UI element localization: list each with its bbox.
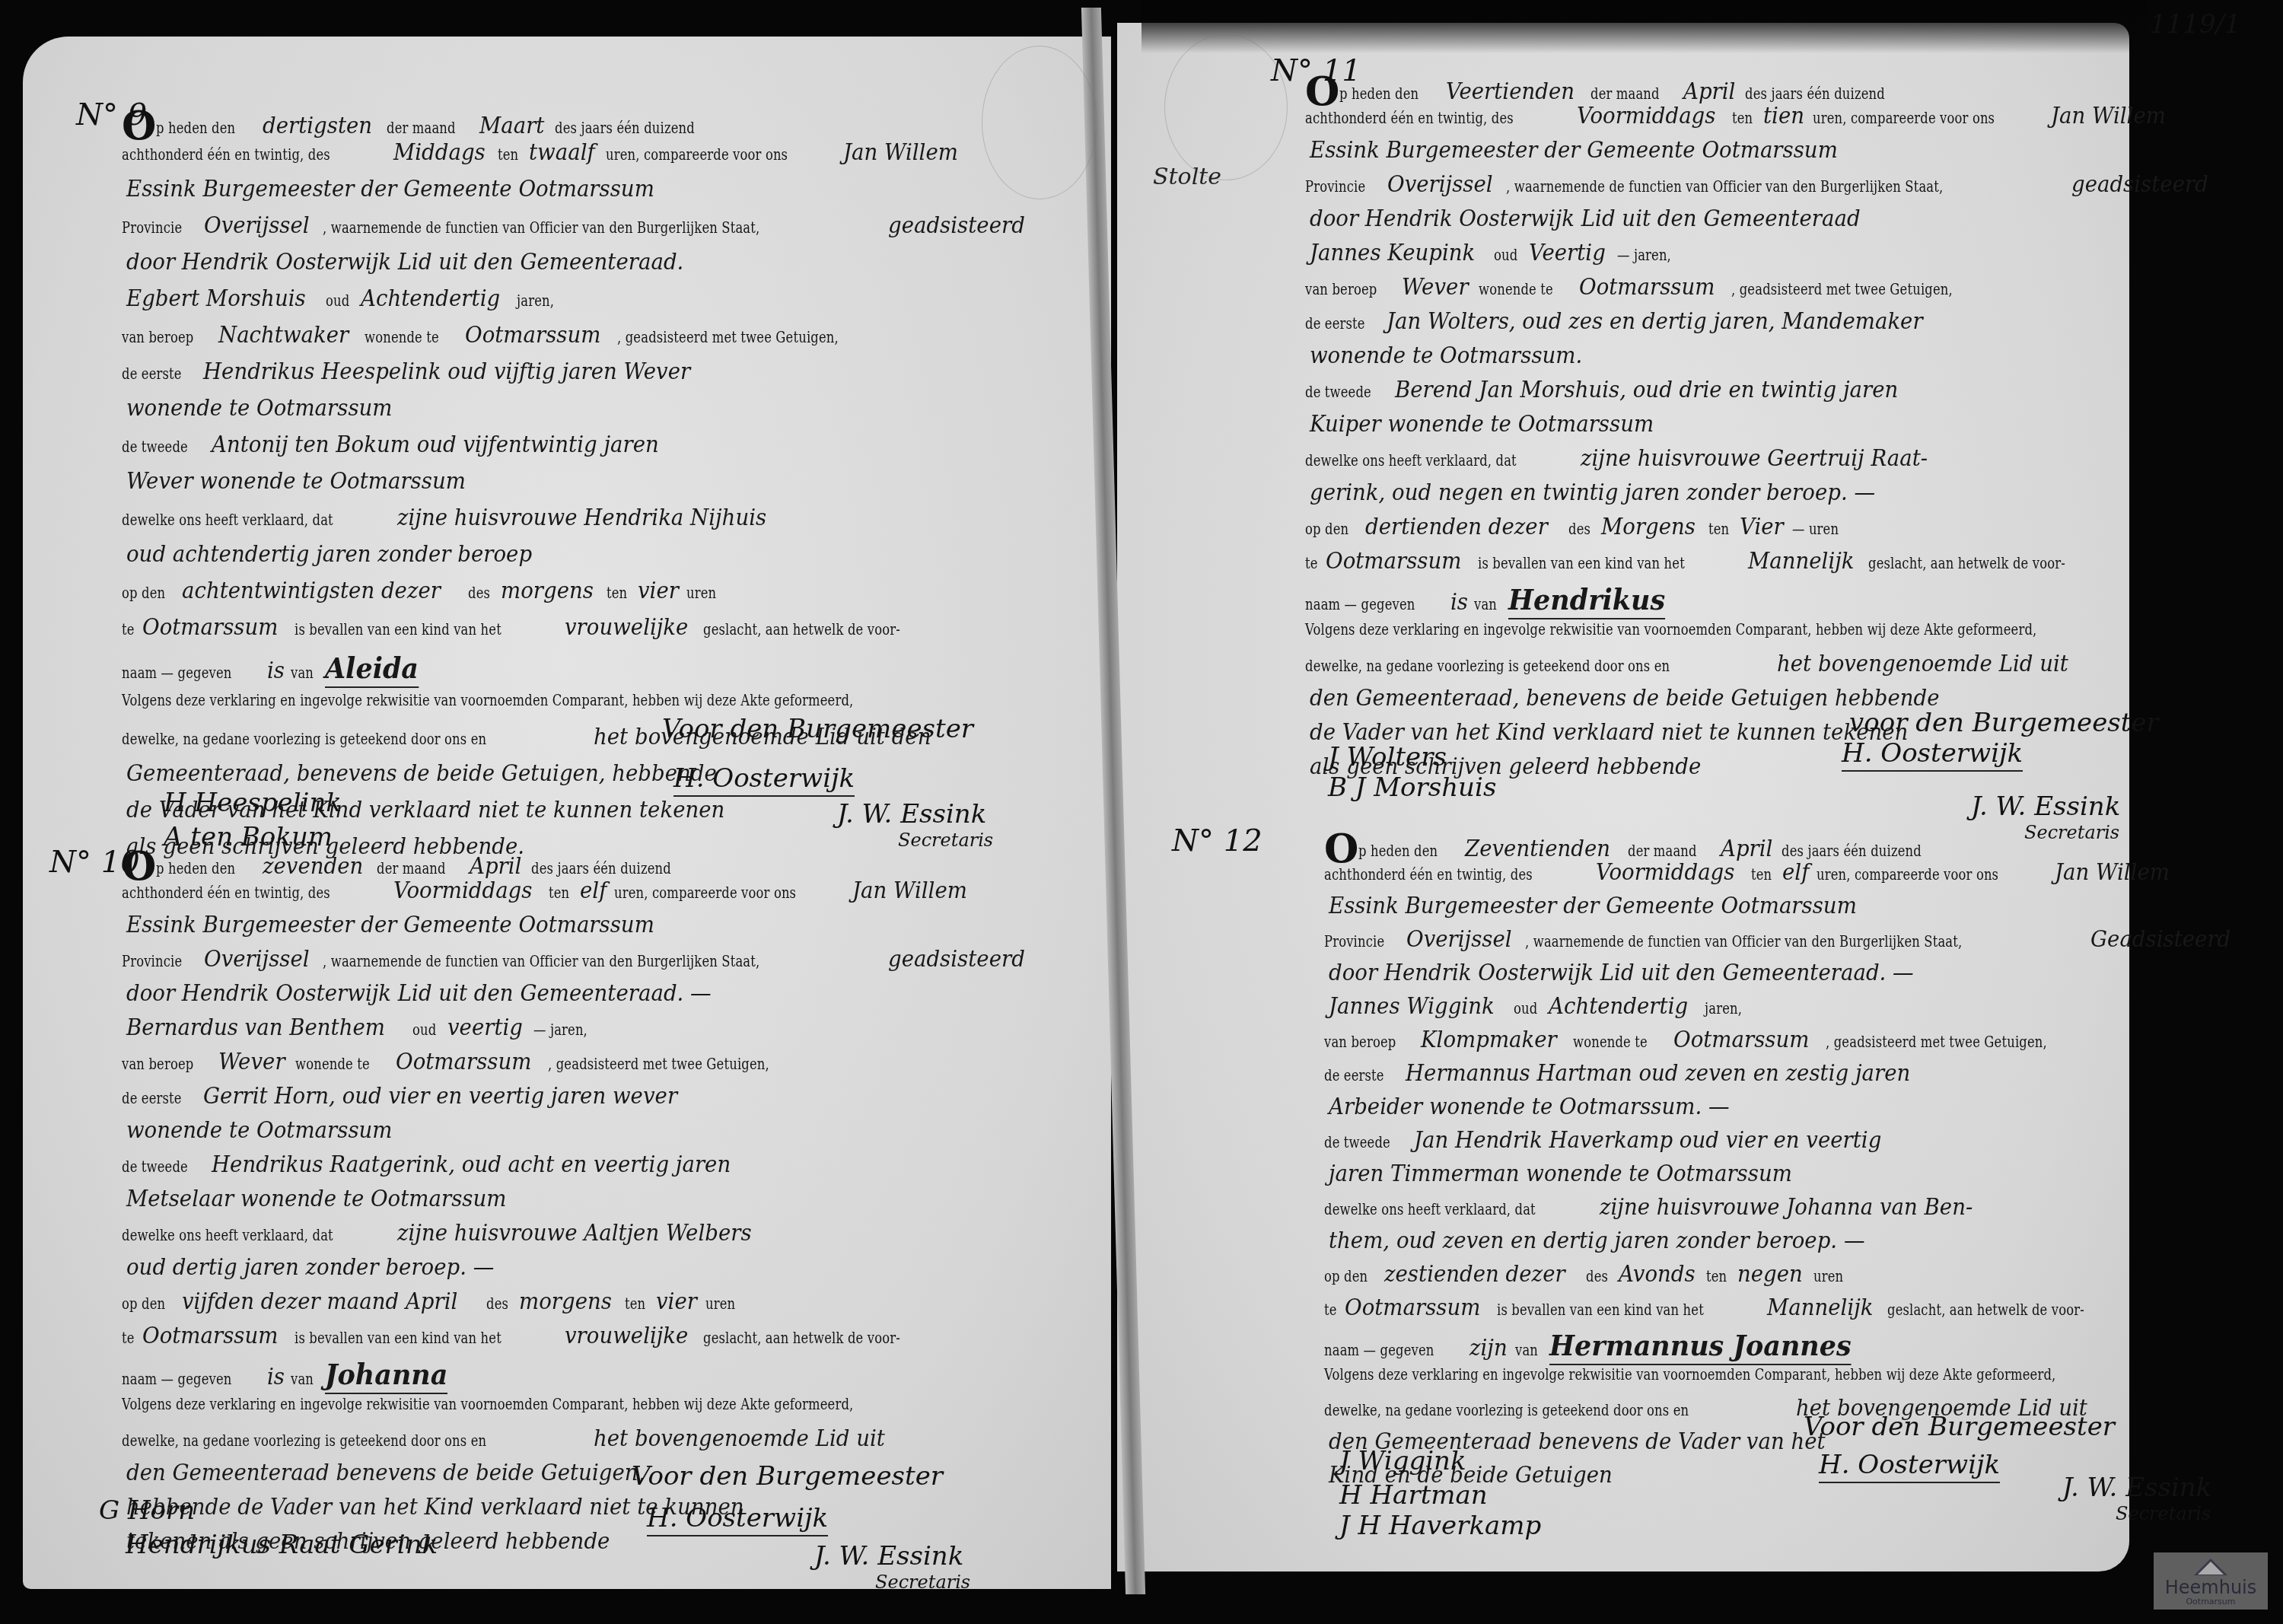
handwritten-text: Mannelijk bbox=[1767, 1294, 1874, 1321]
record-line: Jannes KeupinkoudVeertig— jaren, bbox=[1305, 240, 1686, 266]
handwritten-text: zijne huisvrouwe Aaltjen Welbers bbox=[397, 1220, 752, 1247]
printed-text: is bevallen van een kind van het bbox=[295, 620, 501, 638]
printed-text: op den bbox=[1305, 520, 1348, 538]
handwritten-text: zijne huisvrouwe Geertruij Raat- bbox=[1581, 445, 1928, 472]
record-line: them, oud zeven en dertig jaren zonder b… bbox=[1324, 1228, 1916, 1254]
scanned-register-spread: 1119/1 Stolte N° 9Op heden dendertigsten… bbox=[0, 0, 2283, 1624]
handwritten-text: Hendrikus Heespelink oud vijftig jaren W… bbox=[203, 358, 690, 385]
record-line: achthonderd één en twintig, desVoormidda… bbox=[1324, 859, 2184, 886]
handwritten-text: Ootmarssum bbox=[142, 1323, 278, 1349]
printed-text: geslacht, aan hetwelk de voor- bbox=[703, 1329, 900, 1347]
secretary-title: Secretaris bbox=[875, 1571, 970, 1593]
handwritten-text: Kuiper wonende te Ootmarssum bbox=[1310, 411, 1654, 438]
handwritten-text: achtentwintigsten dezer bbox=[182, 578, 441, 604]
printed-text: is bevallen van een kind van het bbox=[295, 1329, 501, 1347]
printed-text: — jaren, bbox=[533, 1021, 587, 1039]
printed-text: achthonderd één en twintig, des bbox=[1305, 109, 1514, 127]
record-line: dewelke, na gedane voorlezing is geteeke… bbox=[122, 1425, 915, 1452]
handwritten-text: wonende te Ootmarssum bbox=[126, 395, 393, 422]
record-line: dewelke ons heeft verklaard, datzijne hu… bbox=[122, 1220, 787, 1247]
handwritten-text: Aleida bbox=[325, 651, 419, 688]
printed-text: oud bbox=[326, 291, 349, 310]
margin-note: Stolte bbox=[1153, 164, 1221, 190]
record-line: teOotmarssumis bevallen van een kind van… bbox=[1305, 548, 2120, 575]
record-line: door Hendrik Oosterwijk Lid uit den Geme… bbox=[1305, 205, 1913, 232]
handwritten-text: Jan Willem bbox=[2051, 103, 2166, 129]
record-line: op dendertienden dezerdesMorgenstenVier—… bbox=[1305, 514, 1852, 540]
printed-text: des jaars één duizend bbox=[555, 119, 695, 137]
record-line: wonende te Ootmarssum bbox=[122, 395, 420, 422]
printed-text: ten bbox=[549, 884, 569, 902]
record-line: Volgens deze verklaring en ingevolge rek… bbox=[1305, 616, 2243, 640]
printed-text: p heden den bbox=[1339, 84, 1419, 103]
printed-text: — uren bbox=[1792, 520, 1839, 538]
handwritten-text: het bovengenoemde Lid uit bbox=[594, 1425, 885, 1452]
printed-text: van bbox=[291, 1370, 314, 1388]
embossed-seal-right bbox=[1164, 34, 1288, 180]
printed-text: , geadsisteerd met twee Getuigen, bbox=[1731, 280, 1953, 298]
record-line: Essink Burgemeester der Gemeente Ootmars… bbox=[122, 176, 705, 202]
handwritten-text: morgens bbox=[519, 1288, 612, 1315]
handwritten-text: den Gemeenteraad benevens de beide Getui… bbox=[126, 1460, 645, 1486]
printed-text: te bbox=[1324, 1301, 1337, 1319]
printed-text: uren, compareerde voor ons bbox=[1817, 865, 1998, 884]
record-line: den Gemeenteraad benevens de beide Getui… bbox=[122, 1460, 695, 1486]
printed-text: , waarnemende de functien van Officier v… bbox=[323, 952, 759, 970]
handwritten-text: Overijssel bbox=[204, 946, 310, 973]
printed-text: is bevallen van een kind van het bbox=[1497, 1301, 1704, 1319]
printed-text: — jaren, bbox=[1617, 246, 1671, 264]
record-line: ProvincieOverijssel, waarnemende de func… bbox=[1324, 926, 2247, 953]
printed-text: Volgens deze verklaring en ingevolge rek… bbox=[1305, 620, 2036, 638]
handwritten-text: them, oud zeven en dertig jaren zonder b… bbox=[1329, 1228, 1864, 1254]
for-mayor-signature: voor den Burgemeester bbox=[1849, 708, 2159, 738]
handwritten-text: geadsisteerd bbox=[888, 946, 1025, 973]
printed-text: wonende te bbox=[1573, 1033, 1648, 1051]
printed-text: des jaars één duizend bbox=[531, 859, 671, 877]
record-line: van beroepWeverwonende teOotmarssum, gea… bbox=[1305, 274, 2015, 301]
printed-text: Volgens deze verklaring en ingevolge rek… bbox=[122, 691, 853, 709]
handwritten-text: Metselaar wonende te Ootmarssum bbox=[126, 1186, 506, 1212]
handwritten-text: Wever bbox=[1402, 274, 1469, 301]
handwritten-text: Overijssel bbox=[1387, 171, 1493, 198]
printed-text: te bbox=[1305, 554, 1318, 572]
printed-text: is bevallen van een kind van het bbox=[1478, 554, 1685, 572]
printed-text: der maand bbox=[1628, 842, 1697, 860]
handwritten-text: den Gemeenteraad, benevens de beide Getu… bbox=[1310, 685, 1940, 712]
printed-text: dewelke, na gedane voorlezing is geteeke… bbox=[122, 1431, 486, 1450]
record-line: Metselaar wonende te Ootmarssum bbox=[122, 1186, 544, 1212]
printed-text: oud bbox=[1514, 999, 1537, 1017]
printed-text: van beroep bbox=[122, 328, 193, 346]
record-line: dewelke ons heeft verklaard, datzijne hu… bbox=[1305, 445, 1963, 472]
handwritten-text: wonende te Ootmarssum. bbox=[1310, 342, 1582, 369]
printed-text: achthonderd één en twintig, des bbox=[1324, 865, 1533, 884]
printed-text: dewelke, na gedane voorlezing is geteeke… bbox=[122, 730, 486, 748]
secretary-title: Secretaris bbox=[2024, 822, 2119, 843]
handwritten-text: zijn bbox=[1469, 1335, 1508, 1361]
printed-text: p heden den bbox=[156, 859, 235, 877]
handwritten-text: Hermannus Hartman oud zeven en zestig ja… bbox=[1406, 1060, 1910, 1087]
handwritten-text: Klompmaker bbox=[1421, 1027, 1557, 1053]
record-line: de eersteGerrit Horn, oud vier en veerti… bbox=[122, 1083, 723, 1110]
handwritten-text: Antonij ten Bokum oud vijfentwintig jare… bbox=[212, 431, 659, 458]
printed-text: uren, compareerde voor ons bbox=[1813, 109, 1995, 127]
record-line: Arbeider wonende te Ootmarssum. — bbox=[1324, 1094, 1769, 1120]
record-line: teOotmarssumis bevallen van een kind van… bbox=[122, 614, 956, 641]
printed-text: van beroep bbox=[1305, 280, 1377, 298]
printed-text: ten bbox=[1732, 109, 1753, 127]
record-line: Volgens deze verklaring en ingevolge rek… bbox=[122, 1391, 1060, 1415]
printed-text: , waarnemende de functien van Officier v… bbox=[323, 218, 759, 237]
witness-signature: J Wolters bbox=[1328, 742, 1447, 772]
printed-text: geslacht, aan hetwelk de voor- bbox=[703, 620, 900, 638]
witness-signature: H Hartman bbox=[1339, 1480, 1488, 1511]
handwritten-text: gerink, oud negen en twintig jaren zonde… bbox=[1310, 479, 1875, 506]
secretary-signature: J. W. Essink bbox=[814, 1541, 963, 1571]
handwritten-text: Jan Hendrik Haverkamp oud vier en veerti… bbox=[1414, 1127, 1881, 1154]
handwritten-text: Jan Wolters, oud zes en dertig jaren, Ma… bbox=[1387, 308, 1923, 335]
handwritten-text: Jannes Wiggink bbox=[1329, 993, 1495, 1020]
record-line: de tweedeBerend Jan Morshuis, oud drie e… bbox=[1305, 377, 1946, 403]
printed-text: Provincie bbox=[122, 952, 182, 970]
handwritten-text: Jan Willem bbox=[843, 139, 958, 166]
handwritten-text: Arbeider wonende te Ootmarssum. — bbox=[1329, 1094, 1730, 1120]
handwritten-text: Zeventienden bbox=[1465, 836, 1610, 862]
record-line: de eersteHermannus Hartman oud zeven en … bbox=[1324, 1060, 1959, 1087]
handwritten-text: Vier bbox=[1740, 514, 1784, 540]
printed-text: wonende te bbox=[295, 1055, 370, 1073]
handwritten-text: vijfden dezer maand April bbox=[182, 1288, 457, 1315]
secretary-signature: J. W. Essink bbox=[2062, 1473, 2211, 1503]
witness-signature: J H Haverkamp bbox=[1339, 1511, 1541, 1541]
handwritten-text: Bernardus van Benthem bbox=[126, 1014, 385, 1041]
handwritten-text: Essink Burgemeester der Gemeente Ootmars… bbox=[126, 176, 654, 202]
handwritten-text: veertig bbox=[447, 1014, 523, 1041]
record-line: de eersteJan Wolters, oud zes en dertig … bbox=[1305, 308, 1974, 335]
printed-text: des jaars één duizend bbox=[1745, 84, 1885, 103]
printed-text: Provincie bbox=[1305, 177, 1365, 196]
printed-text: dewelke ons heeft verklaard, dat bbox=[122, 1226, 333, 1244]
handwritten-text: zestienden dezer bbox=[1384, 1261, 1565, 1288]
printed-text: , geadsisteerd met twee Getuigen, bbox=[548, 1055, 769, 1073]
printed-text: op den bbox=[122, 584, 165, 602]
record-line: op denvijfden dezer maand Aprildesmorgen… bbox=[122, 1288, 743, 1315]
handwritten-text: zijne huisvrouwe Hendrika Nijhuis bbox=[397, 505, 766, 531]
printed-text: naam — gegeven bbox=[1305, 595, 1415, 613]
record-line: Essink Burgemeester der Gemeente Ootmars… bbox=[1305, 137, 1888, 164]
record-line: de tweedeJan Hendrik Haverkamp oud vier … bbox=[1324, 1127, 1926, 1154]
handwritten-text: Avonds bbox=[1619, 1261, 1696, 1288]
record-line: dewelke ons heeft verklaard, datzijne hu… bbox=[1324, 1194, 2010, 1221]
record-line: op denachtentwintigsten dezerdesmorgenst… bbox=[122, 578, 725, 604]
printed-text: dewelke, na gedane voorlezing is geteeke… bbox=[1324, 1401, 1689, 1419]
handwritten-text: Voormiddags bbox=[1596, 859, 1734, 886]
page-number: 1119/1 bbox=[2150, 9, 2241, 40]
handwritten-text: door Hendrik Oosterwijk Lid uit den Geme… bbox=[126, 980, 712, 1007]
record-line: de tweedeAntonij ten Bokum oud vijfentwi… bbox=[122, 431, 702, 458]
printed-text: uren, compareerde voor ons bbox=[606, 145, 788, 164]
handwritten-text: zijne huisvrouwe Johanna van Ben- bbox=[1600, 1194, 1973, 1221]
handwritten-text: Ootmarssum bbox=[396, 1049, 531, 1075]
record-line: op denzestienden dezerdesAvondstennegenu… bbox=[1324, 1261, 1852, 1288]
handwritten-text: door Hendrik Oosterwijk Lid uit den Geme… bbox=[1310, 205, 1861, 232]
official-signature: H. Oosterwijk bbox=[673, 763, 855, 797]
record-line: dewelke ons heeft verklaard, datzijne hu… bbox=[122, 505, 804, 531]
secretary-title: Secretaris bbox=[898, 830, 993, 851]
handwritten-text: Achtendertig bbox=[361, 285, 500, 312]
record-line: naam — gegevenisvanAleida bbox=[122, 651, 431, 688]
record-line: van beroepWeverwonende teOotmarssum, gea… bbox=[122, 1049, 832, 1075]
embossed-seal-left bbox=[982, 46, 1097, 199]
printed-text: achthonderd één en twintig, des bbox=[122, 145, 330, 164]
printed-text: dewelke ons heeft verklaard, dat bbox=[1324, 1200, 1536, 1218]
watermark-place: Ootmarsum bbox=[2186, 1597, 2235, 1606]
record-line: door Hendrik Oosterwijk Lid uit den Geme… bbox=[1324, 960, 1969, 986]
printed-text: dewelke, na gedane voorlezing is geteeke… bbox=[1305, 657, 1670, 675]
handwritten-text: wonende te Ootmarssum bbox=[126, 1117, 393, 1144]
witness-signature: G Horn bbox=[99, 1495, 195, 1526]
handwritten-text: zevenden bbox=[263, 853, 363, 880]
house-roof-icon bbox=[2194, 1559, 2227, 1575]
handwritten-text: morgens bbox=[501, 578, 594, 604]
printed-text: op den bbox=[122, 1294, 165, 1313]
printed-text: , waarnemende de functien van Officier v… bbox=[1525, 932, 1962, 951]
record-line: naam — gegevenisvanJohanna bbox=[122, 1357, 463, 1394]
record-line: teOotmarssumis bevallen van een kind van… bbox=[1324, 1294, 2139, 1321]
record-line: jaren Timmerman wonende te Ootmarssum bbox=[1324, 1161, 1837, 1187]
printed-text: oud bbox=[1494, 246, 1517, 264]
printed-text: Volgens deze verklaring en ingevolge rek… bbox=[1324, 1365, 2055, 1384]
witness-signature: Hendrijkus Raat Gerink bbox=[126, 1530, 438, 1560]
handwritten-text: Veertienden bbox=[1446, 78, 1575, 105]
record-line: Essink Burgemeester der Gemeente Ootmars… bbox=[122, 912, 705, 938]
printed-text: des bbox=[486, 1294, 508, 1313]
printed-text: jaren, bbox=[517, 291, 554, 310]
handwritten-text: geadsisteerd bbox=[2071, 171, 2208, 198]
record-line: ProvincieOverijssel, waarnemende de func… bbox=[1305, 171, 2224, 198]
handwritten-text: Essink Burgemeester der Gemeente Ootmars… bbox=[1310, 137, 1838, 164]
handwritten-text: oud achtendertig jaren zonder beroep bbox=[126, 541, 532, 568]
printed-text: ten bbox=[1751, 865, 1772, 884]
printed-text: uren bbox=[705, 1294, 735, 1313]
handwritten-text: Hendrikus bbox=[1508, 582, 1665, 619]
handwritten-text: Morgens bbox=[1601, 514, 1696, 540]
record-line: gerink, oud negen en twintig jaren zonde… bbox=[1305, 479, 1929, 506]
record-line: ProvincieOverijssel, waarnemende de func… bbox=[122, 212, 1041, 239]
printed-text: der maand bbox=[1590, 84, 1660, 103]
printed-text: oud bbox=[412, 1021, 436, 1039]
handwritten-text: Jan Willem bbox=[852, 877, 967, 904]
printed-text: uren bbox=[686, 584, 716, 602]
printed-text: de tweede bbox=[122, 438, 188, 456]
printed-text: Provincie bbox=[1324, 932, 1384, 951]
entry-number: N° 12 bbox=[1172, 823, 1262, 858]
secretary-signature: J. W. Essink bbox=[837, 799, 986, 830]
handwritten-text: Hermannus Joannes bbox=[1549, 1328, 1852, 1365]
printed-text: de tweede bbox=[122, 1157, 188, 1176]
handwritten-text: Ootmarssum bbox=[142, 614, 278, 641]
record-line: de tweedeHendrikus Raatgerink, oud acht … bbox=[122, 1151, 780, 1178]
handwritten-text: Overijssel bbox=[1406, 926, 1512, 953]
record-line: door Hendrik Oosterwijk Lid uit den Geme… bbox=[122, 980, 767, 1007]
record-line: teOotmarssumis bevallen van een kind van… bbox=[122, 1323, 956, 1349]
handwritten-text: Middags bbox=[393, 139, 486, 166]
record-line: naam — gegevenzijnvanHermannus Joannes bbox=[1324, 1328, 1882, 1365]
printed-text: van bbox=[291, 664, 314, 682]
handwritten-text: Maart bbox=[479, 113, 544, 139]
record-line: door Hendrik Oosterwijk Lid uit den Geme… bbox=[122, 249, 737, 275]
printed-text: van beroep bbox=[122, 1055, 193, 1073]
handwritten-text: Essink Burgemeester der Gemeente Ootmars… bbox=[126, 912, 654, 938]
witness-signature: J Wiggink bbox=[1339, 1446, 1466, 1476]
watermark-name: Heemhuis bbox=[2165, 1578, 2257, 1597]
printed-text: Provincie bbox=[122, 218, 182, 237]
for-mayor-signature: Voor den Burgemeester bbox=[632, 1461, 943, 1492]
handwritten-text: vier bbox=[638, 578, 679, 604]
printed-text: ten bbox=[625, 1294, 645, 1313]
record-line: dewelke, na gedane voorlezing is geteeke… bbox=[1305, 651, 2099, 677]
printed-text: naam — gegeven bbox=[122, 664, 231, 682]
handwritten-text: is bbox=[267, 658, 285, 684]
record-line: oud dertig jaren zonder beroep. — bbox=[122, 1254, 530, 1281]
record-line: oud achtendertig jaren zonder beroep bbox=[122, 541, 572, 568]
handwritten-text: het bovengenoemde Lid uit bbox=[1777, 651, 2068, 677]
handwritten-text: April bbox=[1721, 836, 1772, 862]
printed-text: ten bbox=[1706, 1267, 1727, 1285]
handwritten-text: Overijssel bbox=[204, 212, 310, 239]
record-line: wonende te Ootmarssum bbox=[122, 1117, 420, 1144]
printed-text: p heden den bbox=[156, 119, 235, 137]
handwritten-text: is bbox=[1450, 589, 1468, 616]
record-line: ProvincieOverijssel, waarnemende de func… bbox=[122, 946, 1041, 973]
handwritten-text: Ootmarssum bbox=[465, 322, 600, 349]
printed-text: van beroep bbox=[1324, 1033, 1396, 1051]
record-line: Egbert MorshuisoudAchtendertigjaren, bbox=[122, 285, 565, 312]
handwritten-text: dertigsten bbox=[263, 113, 372, 139]
for-mayor-signature: Voor den Burgemeester bbox=[1804, 1412, 2115, 1442]
record-line: Volgens deze verklaring en ingevolge rek… bbox=[1324, 1361, 2262, 1385]
printed-text: , geadsisteerd met twee Getuigen, bbox=[1826, 1033, 2047, 1051]
printed-text: achthonderd één en twintig, des bbox=[122, 884, 330, 902]
handwritten-text: dertienden dezer bbox=[1365, 514, 1548, 540]
handwritten-text: negen bbox=[1737, 1261, 1803, 1288]
record-line: Kuiper wonende te Ootmarssum bbox=[1305, 411, 1688, 438]
printed-text: de eerste bbox=[122, 1089, 182, 1107]
handwritten-text: Jan Willem bbox=[2055, 859, 2170, 886]
record-line: Volgens deze verklaring en ingevolge rek… bbox=[122, 687, 1060, 711]
printed-text: wonende te bbox=[365, 328, 439, 346]
handwritten-text: April bbox=[1683, 78, 1735, 105]
heemhuis-watermark: Heemhuis Ootmarsum bbox=[2154, 1552, 2268, 1610]
official-signature: H. Oosterwijk bbox=[1819, 1450, 2000, 1483]
printed-text: te bbox=[122, 620, 135, 638]
handwritten-text: Hendrikus Raatgerink, oud acht en veerti… bbox=[212, 1151, 731, 1178]
printed-text: geslacht, aan hetwelk de voor- bbox=[1887, 1301, 2084, 1319]
printed-text: van bbox=[1515, 1341, 1538, 1359]
printed-text: de tweede bbox=[1324, 1133, 1390, 1151]
printed-text: de tweede bbox=[1305, 383, 1371, 401]
handwritten-text: Voormiddags bbox=[1577, 103, 1715, 129]
handwritten-text: Achtendertig bbox=[1549, 993, 1688, 1020]
handwritten-text: Ootmarssum bbox=[1326, 548, 1461, 575]
record-line: Wever wonende te Ootmarssum bbox=[122, 468, 500, 495]
printed-text: der maand bbox=[377, 859, 446, 877]
witness-signature: B J Morshuis bbox=[1328, 772, 1496, 803]
printed-text: naam — gegeven bbox=[122, 1370, 231, 1388]
top-edge-shadow bbox=[1141, 0, 2146, 53]
printed-text: des bbox=[468, 584, 490, 602]
record-line: achthonderd één en twintig, desMiddagste… bbox=[122, 139, 973, 166]
handwritten-text: tien bbox=[1763, 103, 1804, 129]
handwritten-text: door Hendrik Oosterwijk Lid uit den Geme… bbox=[126, 249, 683, 275]
handwritten-text: geadsisteerd bbox=[888, 212, 1025, 239]
official-signature: H. Oosterwijk bbox=[647, 1503, 828, 1536]
record-line: naam — gegevenisvanHendrikus bbox=[1305, 582, 1683, 619]
handwritten-text: Nachtwaker bbox=[218, 322, 349, 349]
printed-text: der maand bbox=[387, 119, 456, 137]
witness-signature: H Heespelink bbox=[164, 788, 342, 818]
printed-text: uren bbox=[1813, 1267, 1843, 1285]
handwritten-text: April bbox=[470, 853, 521, 880]
printed-text: ten bbox=[1708, 520, 1729, 538]
printed-text: des jaars één duizend bbox=[1782, 842, 1922, 860]
handwritten-text: is bbox=[267, 1364, 285, 1390]
official-signature: H. Oosterwijk bbox=[1842, 738, 2023, 772]
printed-text: ten bbox=[498, 145, 518, 164]
handwritten-text: oud dertig jaren zonder beroep. — bbox=[126, 1254, 494, 1281]
handwritten-text: Voormiddags bbox=[393, 877, 532, 904]
record-line: Essink Burgemeester der Gemeente Ootmars… bbox=[1324, 893, 1907, 919]
handwritten-text: Ootmarssum bbox=[1579, 274, 1715, 301]
handwritten-text: Ootmarssum bbox=[1673, 1027, 1809, 1053]
record-line: van beroepKlompmakerwonende teOotmarssum… bbox=[1324, 1027, 2109, 1053]
handwritten-text: Jannes Keupink bbox=[1310, 240, 1475, 266]
printed-text: des bbox=[1568, 520, 1590, 538]
printed-text: wonende te bbox=[1479, 280, 1553, 298]
record-line: van beroepNachtwakerwonende teOotmarssum… bbox=[122, 322, 901, 349]
printed-text: ten bbox=[607, 584, 627, 602]
printed-text: , geadsisteerd met twee Getuigen, bbox=[617, 328, 839, 346]
handwritten-text: twaalf bbox=[529, 139, 595, 166]
handwritten-text: Ootmarssum bbox=[1345, 1294, 1480, 1321]
record-line: wonende te Ootmarssum. bbox=[1305, 342, 1610, 369]
handwritten-text: Wever wonende te Ootmarssum bbox=[126, 468, 466, 495]
record-line: achthonderd één en twintig, desVoormidda… bbox=[122, 877, 982, 904]
secretary-title: Secretaris bbox=[2116, 1503, 2211, 1524]
handwritten-text: Geadsisteerd bbox=[2090, 926, 2230, 953]
printed-text: dewelke ons heeft verklaard, dat bbox=[1305, 451, 1517, 470]
for-mayor-signature: Voor den Burgemeester bbox=[662, 714, 973, 744]
handwritten-text: door Hendrik Oosterwijk Lid uit den Geme… bbox=[1329, 960, 1914, 986]
handwritten-text: Egbert Morshuis bbox=[126, 285, 306, 312]
handwritten-text: Wever bbox=[218, 1049, 285, 1075]
printed-text: jaren, bbox=[1705, 999, 1742, 1017]
handwritten-text: jaren Timmerman wonende te Ootmarssum bbox=[1329, 1161, 1792, 1187]
handwritten-text: Gerrit Horn, oud vier en veertig jaren w… bbox=[203, 1083, 677, 1110]
handwritten-text: vrouwelijke bbox=[565, 1323, 688, 1349]
printed-text: te bbox=[122, 1329, 135, 1347]
record-line: Bernardus van Benthemoudveertig— jaren, bbox=[122, 1014, 603, 1041]
printed-text: de eerste bbox=[1305, 314, 1365, 333]
printed-text: naam — gegeven bbox=[1324, 1341, 1434, 1359]
handwritten-text: vrouwelijke bbox=[565, 614, 688, 641]
record-line: Jannes WigginkoudAchtendertigjaren, bbox=[1324, 993, 1753, 1020]
printed-text: op den bbox=[1324, 1267, 1368, 1285]
handwritten-text: elf bbox=[580, 877, 607, 904]
handwritten-text: Mannelijk bbox=[1748, 548, 1855, 575]
printed-text: geslacht, aan hetwelk de voor- bbox=[1868, 554, 2065, 572]
